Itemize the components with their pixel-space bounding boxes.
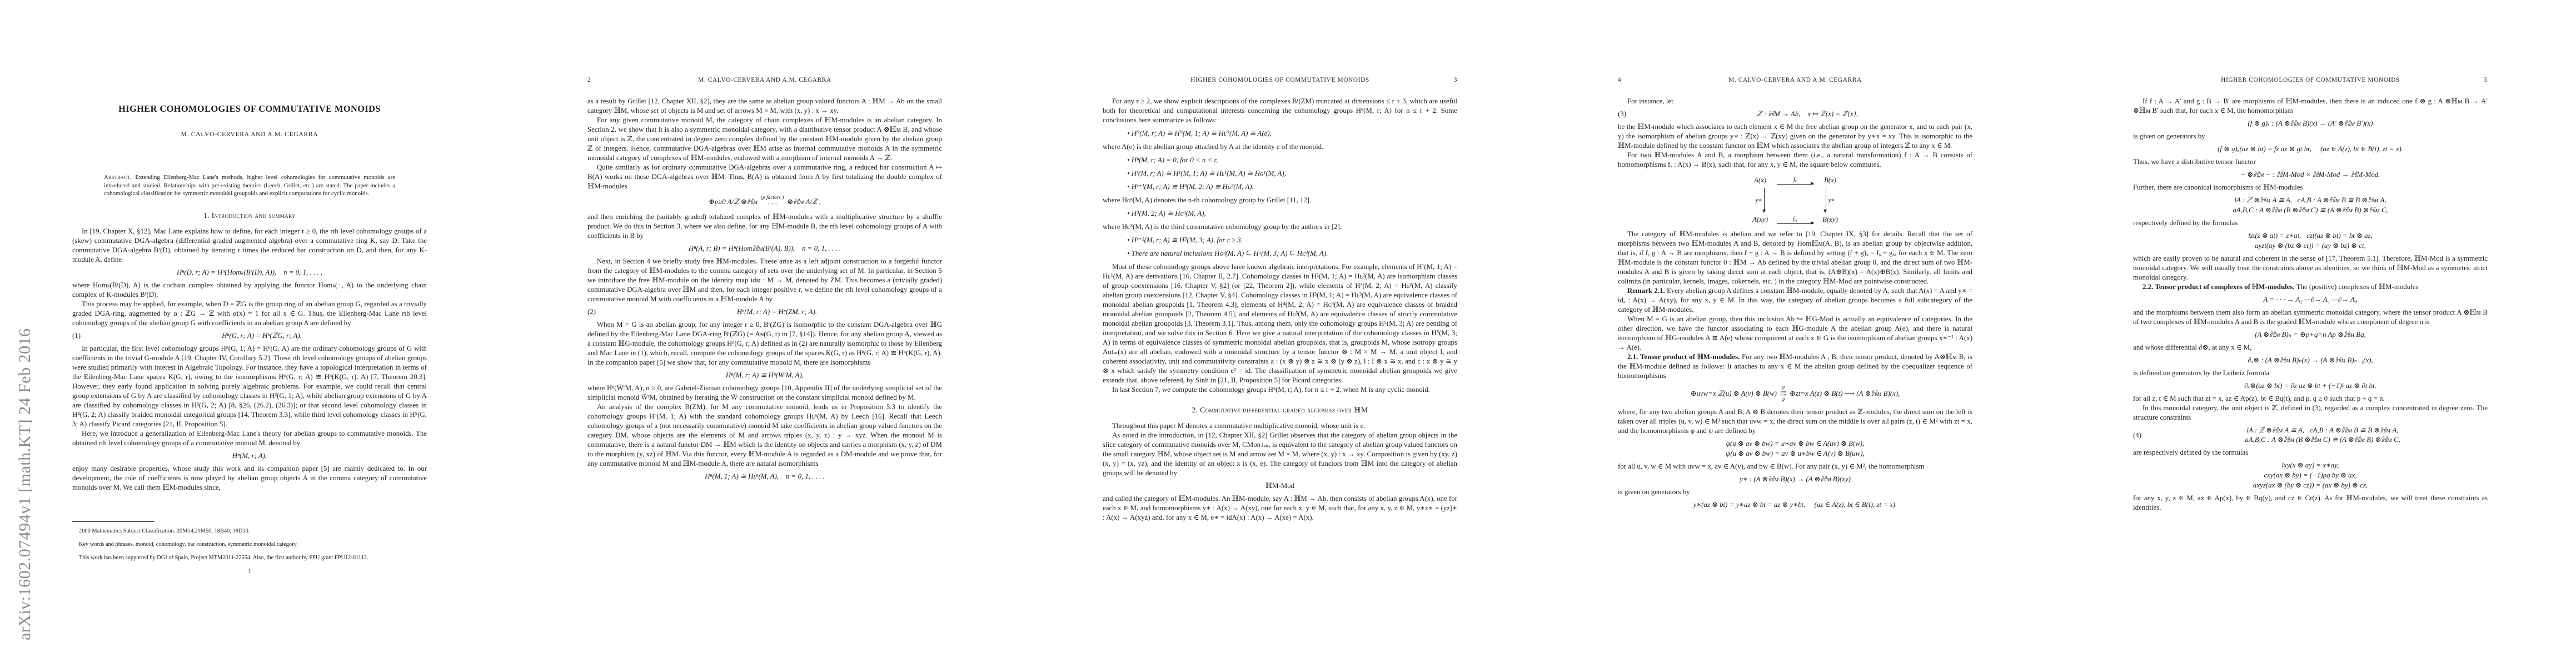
display-equation: aA,B,C : A ⊗ℍм (B ⊗ℍм C) ≅ (A ⊗ℍм B) ⊗ℍм… xyxy=(2133,206,2488,215)
footnote-rule xyxy=(72,521,155,522)
equation-right: ⊗ℍм A/ℤ , xyxy=(787,198,821,206)
paragraph: for all z, t ∈ M such that zt = x, az ∈ … xyxy=(2133,394,2488,404)
equation-number: (3) xyxy=(1618,110,1642,118)
subsection: 2.2. Tensor product of complexes of ℍM-m… xyxy=(2133,282,2488,292)
paragraph: where Hɢⁿ(M, A) denotes the n-th cohomol… xyxy=(1103,196,1457,205)
diagram-node: B(x) xyxy=(1824,176,1836,185)
display-equation: A = · · · → A₂ —∂→ A₁ —∂→ A₀ xyxy=(2133,295,2488,305)
display-equation: Hⁿ(M, r; A), xyxy=(72,451,427,461)
paragraph: where Hᴄ³(M, A) is the third commutative… xyxy=(1103,222,1457,232)
paragraph: and then enriching the (suitably graded)… xyxy=(587,212,942,241)
diagram-node: A(xy) xyxy=(1752,216,1768,224)
equation-line: aA,B,C : A ⊗ℍм (B ⊗ℍм C) ≅ (A ⊗ℍм B) ⊗ℍм… xyxy=(2158,435,2488,445)
remark-label: Remark 2.1. xyxy=(1627,287,1665,295)
numbered-equation: (3) ℤ : ℍM → Ab, x ↦ ℤ(x) = ℤ{x}, xyxy=(1618,109,1972,119)
equation-body: lA : ℤ ⊗ℍм A ≅ A, cA,B : A ⊗ℍм B ≅ B ⊗ℍм… xyxy=(2158,426,2488,445)
page-1-content: HIGHER COHOMOLOGIES OF COMMUTATIVE MONOI… xyxy=(72,0,427,492)
display-equation: Hⁿ(M, r; A) ≅ Hⁿ(W̄ʳM, A), xyxy=(587,371,942,380)
paragraph: In [19, Chapter X, §12], Mac Lane explai… xyxy=(72,227,427,265)
bullet-item: • Hʳ⁺¹(M, r; A) ≅ H³(M, 2; A) ≅ Hɢ²(M, A… xyxy=(1127,182,1457,192)
bullet-item: • Hⁿ(M, r; A) = 0, for 0 < n < r, xyxy=(1127,156,1457,165)
paragraph: is given on generators by xyxy=(1618,487,1972,497)
equation-body: ℤ : ℍM → Ab, x ↦ ℤ(x) = ℤ{x}, xyxy=(1642,109,1972,119)
numbered-equation: (4) lA : ℤ ⊗ℍм A ≅ A, cA,B : A ⊗ℍм B ≅ B… xyxy=(2133,426,2488,445)
arrow-label: fₓ xyxy=(1793,177,1797,183)
page-5: HIGHER COHOMOLOGIES OF COMMUTATIVE MONOI… xyxy=(2061,0,2576,667)
display-equation: ayzt(ay ⊗ (bz ⊗ ct)) = (ay ⊗ bz) ⊗ ct, xyxy=(2133,241,2488,251)
paragraph: as a result by Grillet [12, Chapter XII,… xyxy=(587,97,942,116)
equation-line: lA : ℤ ⊗ℍм A ≅ A, cA,B : A ⊗ℍм B ≅ B ⊗ℍм… xyxy=(2158,426,2488,435)
paragraph: For any given commutative monoid M, the … xyxy=(587,116,942,163)
display-equation: ℍM-Mod xyxy=(1103,481,1457,491)
scanned-paper-canvas: { "arxiv_stamp": "arXiv:1602.07494v1 [ma… xyxy=(0,0,2576,667)
paragraph: Most of these cohomology groups above ha… xyxy=(1103,262,1457,385)
paragraph: for all u, v, w ∈ M with uvw = x, av ∈ A… xyxy=(1618,462,1972,471)
display-equation: (A ⊗ℍм B)ₙ = ⊕p+q=n Ap ⊗ℍм Bq, xyxy=(2133,330,2488,340)
paragraph: Quite similarly as for ordinary commutat… xyxy=(587,163,942,191)
footnote: This work has been supported by DGI of S… xyxy=(72,554,427,561)
paragraph: As noted in the introduction, in [12, Ch… xyxy=(1103,431,1457,478)
paragraph: and whose differential ∂⊗, at any x ∈ M, xyxy=(2133,343,2488,352)
equation-number: (2) xyxy=(587,308,612,316)
diagram-bottom-arrow: fₓᵧ xyxy=(1777,216,1813,224)
page-4: 4 M. CALVO-CERVERA AND A.M. CEGARRA For … xyxy=(1546,0,2061,667)
paragraph: In last Section 7, we compute the cohomo… xyxy=(1103,385,1457,395)
paragraph: For any r ≥ 2, we show explicit descript… xyxy=(1103,97,1457,125)
footnote: 2000 Mathematics Subject Classification.… xyxy=(72,527,427,535)
paragraph: where, for any two abelian groups A and … xyxy=(1618,407,1972,436)
equation-number: (1) xyxy=(72,332,97,340)
remark: Remark 2.1. Every abelian group A define… xyxy=(1618,286,1972,315)
paragraph: For instance, let xyxy=(1618,97,1972,106)
display-equation: ∂ₓ⊗ : (A ⊗ℍм B)ₙ(x) → (A ⊗ℍм B)ₙ₋₁(x), xyxy=(2133,356,2488,365)
paragraph: Thus, we have a distributive tensor func… xyxy=(2133,157,2488,167)
arrow-label: ψ xyxy=(1782,397,1785,402)
equation-dots: · · · xyxy=(768,201,777,208)
paragraph: In this monoidal category, the unit obje… xyxy=(2133,404,2488,422)
display-equation: y∗(az ⊗ bt) = y∗az ⊗ bt = az ⊗ y∗bt, (az… xyxy=(1618,500,1972,510)
display-equation: lA : ℤ ⊗ℍм A ≅ A, cA,B : A ⊗ℍм B ≅ B ⊗ℍм… xyxy=(2133,196,2488,205)
paragraph: is given on generators by xyxy=(2133,132,2488,141)
bullet-item: • Hʳ⁺²(M, r; A) ≅ H⁵(M, 3; A), for r ≥ 3… xyxy=(1127,236,1457,245)
equation-body: Hⁿ(G, r; A) = Hⁿ(ℤG, r; A). xyxy=(97,331,427,341)
subsection-text: The (positive) complexes of ℍM-modules xyxy=(2295,283,2419,291)
paper-title: HIGHER COHOMOLOGIES OF COMMUTATIVE MONOI… xyxy=(72,103,427,115)
arrow-down-icon xyxy=(1826,188,1826,212)
bullet-item: • H⁴(M, 2; A) ≅ Hᴄ³(M, A), xyxy=(1127,209,1457,218)
display-equation: ⊕p≥0 A/ℤ ⊗ℍм (p factors ) · · · ⊗ℍм A/ℤ … xyxy=(587,196,942,208)
paragraph: and called the category of ℍM-modules. A… xyxy=(1103,494,1457,522)
arxiv-stamp: arXiv:1602.07494v1 [math.KT] 24 Feb 2016 xyxy=(16,205,34,640)
paragraph: respectively defined by the formulas xyxy=(2133,218,2488,228)
paragraph: In particular, the first level cohomolog… xyxy=(72,344,427,429)
footnote-block: 2000 Mathematics Subject Classification.… xyxy=(72,521,427,574)
display-equation: lxy(x ⊗ ay) = x∗ay, xyxy=(2133,461,2488,470)
page-5-content: If f : A → A′ and g : B → B′ are morphis… xyxy=(2133,0,2488,512)
display-equation: Hⁿ(M, 1; A) ≅ Hʟⁿ(M, A), n = 0, 1, . . .… xyxy=(587,472,942,481)
subsection-heading: 2.2. Tensor product of complexes of ℍM-m… xyxy=(2142,283,2295,291)
paragraph: for any x, y, z ∈ M, ax ∈ Ap(x), by ∈ Bq… xyxy=(2133,494,2488,512)
arrow-right-icon xyxy=(1777,223,1813,224)
paragraph: where Homₖ(Bʳ(D), A) is the cochain comp… xyxy=(72,281,427,300)
bullet-item: • There are natural inclusions Hɢ³(M, A)… xyxy=(1127,249,1457,258)
page-number: 1 xyxy=(72,568,427,574)
display-equation: lzt(z ⊗ at) = z∗at, czt(az ⊗ bt) = bt ⊗ … xyxy=(2133,231,2488,241)
display-equation: axyz(ax ⊗ (by ⊗ cz)) = (ax ⊗ by) ⊗ cz, xyxy=(2133,481,2488,490)
arrow-down-icon xyxy=(1764,188,1765,212)
page-1: arXiv:1602.07494v1 [math.KT] 24 Feb 2016… xyxy=(0,0,515,667)
bullet-item: • Hʳ(M, r; A) ≅ H¹(M, 1; A) ≅ Hʟ¹(M, A) … xyxy=(1127,169,1457,178)
page-4-content: For instance, let (3) ℤ : ℍM → Ab, x ↦ ℤ… xyxy=(1618,0,1972,513)
display-equation: − ⊗ℍм − : ℍM-Mod × ℍM-Mod → ℍM-Mod. xyxy=(2133,170,2488,180)
paired-arrows: φ ⇉ ψ xyxy=(1780,385,1786,403)
abstract-label: Abstract. xyxy=(104,174,132,181)
page-2-content: as a result by Grillet [12, Chapter XII,… xyxy=(587,0,942,485)
abstract: Abstract. Extending Eilenberg-Mac Lane's… xyxy=(104,173,395,198)
equation-right: ⊕zt=x A(z) ⊗ B(t) ⟶ (A ⊗ℍм B)(x), xyxy=(1790,390,1900,398)
paragraph: An analysis of the complex B(ZM), for M … xyxy=(587,402,942,469)
paragraph: be the ℍM-module which associates to eac… xyxy=(1618,122,1972,151)
equation-body: Hⁿ(M, r; A) = Hⁿ(ZM, r; A). xyxy=(612,307,942,317)
diagram-right-arrow: y∗ xyxy=(1826,186,1835,214)
remark-text: Every abelian group A defines a constant… xyxy=(1618,287,1972,313)
numbered-equation: (1) Hⁿ(G, r; A) = Hⁿ(ℤG, r; A). xyxy=(72,331,427,341)
paragraph: For two ℍM-modules A and B, a morphism b… xyxy=(1618,151,1972,170)
display-equation: y∗ : (A ⊗ℍм B)(x) → (A ⊗ℍм B)(xy) xyxy=(1618,475,1972,484)
subsection: 2.1. Tensor product of ℍM-modules. For a… xyxy=(1618,352,1972,381)
paragraph: is defined on generators by the Leibniz … xyxy=(2133,369,2488,378)
arrow-label: fₓᵧ xyxy=(1793,216,1797,222)
paragraph: where A(e) is the abelian group attached… xyxy=(1103,142,1457,152)
display-equation: (f ⊗ g)ₓ : (A ⊗ℍм B)(x) → (A′ ⊗ℍм B′)(x) xyxy=(2133,119,2488,128)
paragraph: enjoy many desirable properties, whose s… xyxy=(72,464,427,492)
bullet-item: • H⁰(M, r; A) ≅ H⁰(M, 1; A) ≅ Hʟ⁰(M, A) … xyxy=(1127,129,1457,138)
equation-left: ⊕p≥0 A/ℤ ⊗ℍм xyxy=(709,198,758,206)
subsection-heading: 2.1. Tensor product of ℍM-modules. xyxy=(1627,353,1740,361)
paragraph: When M = G is an abelian group, for any … xyxy=(587,320,942,367)
arrow-label: y∗ xyxy=(1828,197,1835,203)
paragraph: where Hⁿ(W̄ʳM, A), n ≥ 0, are Gabriel-Zi… xyxy=(587,384,942,402)
section-heading-2: 2. Commutative differential graded algeb… xyxy=(1103,406,1457,415)
display-equation: Hⁿ(D, r; A) = Hⁿ(Homₖ(Bʳ(D), A)), n = 0,… xyxy=(72,268,427,277)
diagram-top-arrow: fₓ xyxy=(1777,177,1813,185)
page-2: 2 M. CALVO-CERVERA AND A.M. CEGARRA as a… xyxy=(515,0,1030,667)
diagram-node: A(x) xyxy=(1754,176,1766,185)
paragraph: are respectively defined by the formulas xyxy=(2133,448,2488,457)
paragraph: Further, there are canonical isomorphism… xyxy=(2133,183,2488,192)
page-3: HIGHER COHOMOLOGIES OF COMMUTATIVE MONOI… xyxy=(1030,0,1546,667)
display-equation: ∂ₓ⊗(az ⊗ bt) = ∂z az ⊗ bt + (−1)ᵖ az ⊗ ∂… xyxy=(2133,381,2488,391)
commutative-diagram: A(x) fₓ B(x) y∗ y∗ A(xy) fₓᵧ B(xy) xyxy=(1720,176,1870,224)
equation-left: ⊕uvw=x ℤ(u) ⊗ A(v) ⊗ B(w) xyxy=(1691,390,1777,398)
paragraph: This process may be applied, for example… xyxy=(72,300,427,328)
page-3-content: For any r ≥ 2, we show explicit descript… xyxy=(1103,0,1457,522)
diagram-left-arrow: y∗ xyxy=(1756,186,1765,214)
display-equation: Hⁿ(A, r; B) = Hⁿ(Homℍм(Bʳ(A), B)), n = 0… xyxy=(587,244,942,253)
display-equation: ⊕uvw=x ℤ(u) ⊗ A(v) ⊗ B(w) φ ⇉ ψ ⊕zt=x A(… xyxy=(1618,385,1972,403)
arrow-label: y∗ xyxy=(1756,197,1762,203)
footnote: Key words and phrases. monoid, cohomolog… xyxy=(72,541,427,548)
display-equation: φ(u ⊗ av ⊗ bw) = u∗av ⊗ bw ∈ A(uv) ⊗ B(w… xyxy=(1618,439,1972,449)
section-heading-1: 1. Introduction and summary xyxy=(72,211,427,220)
paragraph: The category of ℍM-modules is abelian an… xyxy=(1618,230,1972,286)
equation-number: (4) xyxy=(2133,431,2158,440)
equation-overbrace: (p factors ) · · · xyxy=(761,196,784,208)
paper-authors: M. CALVO-CERVERA AND A.M. CEGARRA xyxy=(72,131,427,138)
display-equation: ψ(u ⊗ av ⊗ bw) = av ⊗ u∗bw ∈ A(v) ⊗ B(uw… xyxy=(1618,449,1972,459)
diagram-node: B(xy) xyxy=(1822,216,1838,224)
paragraph: When M = G is an abelian group, then thi… xyxy=(1618,315,1972,352)
display-equation: (f ⊗ g)ₓ(az ⊗ bt) = fz az ⊗ gt bt, (az ∈… xyxy=(2133,145,2488,154)
paragraph: which are easily proven to be natural an… xyxy=(2133,254,2488,282)
paragraph: Next, in Section 4 we briefly study free… xyxy=(587,257,942,304)
paragraph: and the morphisms between them also form… xyxy=(2133,308,2488,327)
numbered-equation: (2) Hⁿ(M, r; A) = Hⁿ(ZM, r; A). xyxy=(587,307,942,317)
arrow-right-icon xyxy=(1777,184,1813,185)
display-equation: cxy(ax ⊗ by) = (−1)pq by ⊗ ax, xyxy=(2133,471,2488,480)
paragraph: Throughout this paper M denotes a commut… xyxy=(1103,421,1457,431)
paragraph: If f : A → A′ and g : B → B′ are morphis… xyxy=(2133,97,2488,116)
paragraph: Here, we introduce a generalization of E… xyxy=(72,429,427,448)
abstract-text: Extending Eilenberg-Mac Lane's methods, … xyxy=(104,174,395,197)
